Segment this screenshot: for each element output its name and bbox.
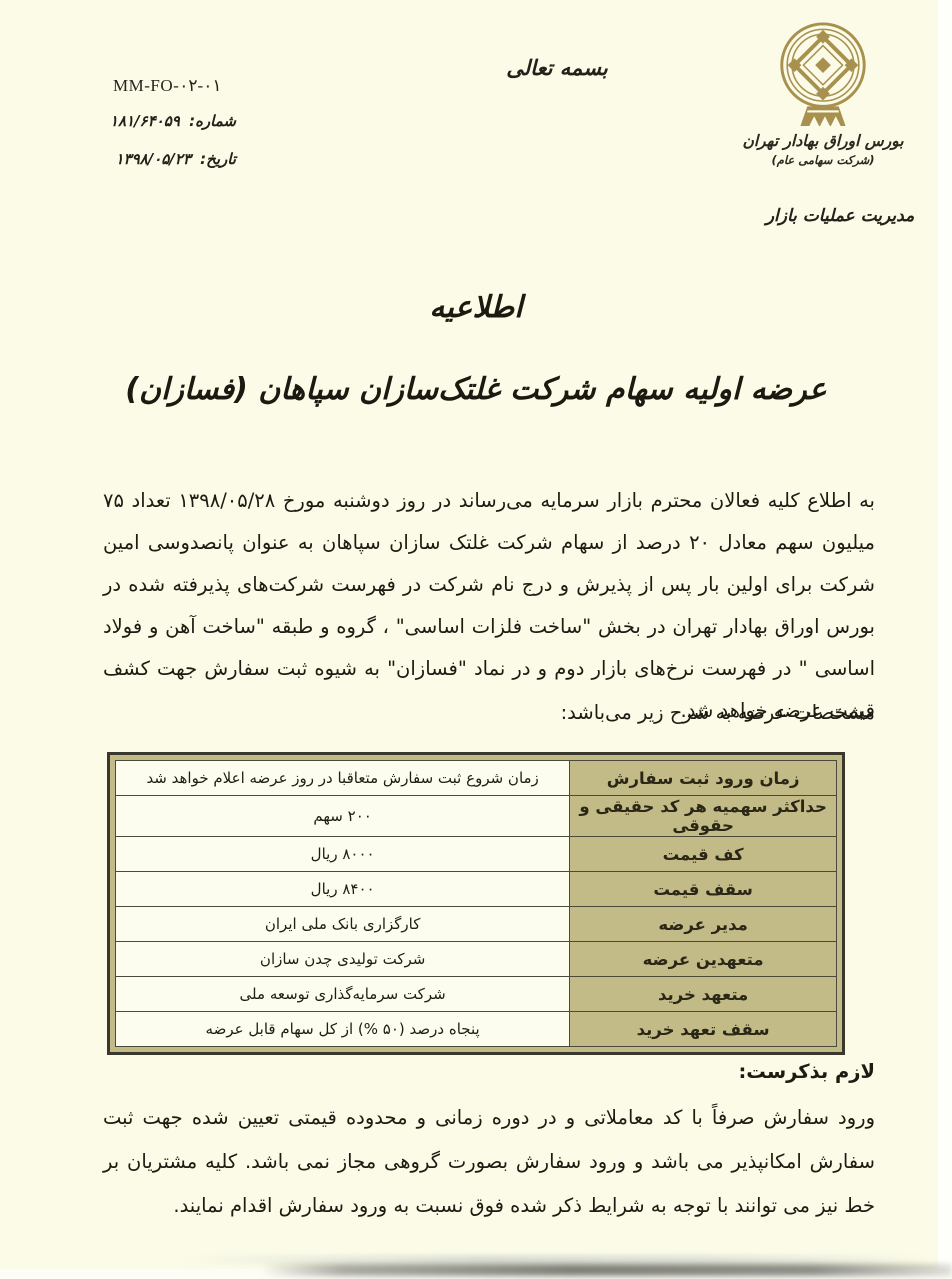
spec-label: کف قیمت: [570, 837, 837, 872]
letter-number-label: شماره:: [189, 112, 236, 130]
spec-label: متعهد خرید: [570, 977, 837, 1012]
table-row: کف قیمت ۸۰۰۰ ریال: [116, 837, 837, 872]
notes-paragraph: ورود سفارش صرفاً با کد معاملاتی و در دور…: [103, 1096, 875, 1228]
table-row: زمان ورود ثبت سفارش زمان شروع ثبت سفارش …: [116, 761, 837, 796]
spec-value: ۸۰۰۰ ریال: [116, 837, 570, 872]
notice-title: اطلاعیه: [0, 290, 952, 325]
offering-specs-table: زمان ورود ثبت سفارش زمان شروع ثبت سفارش …: [107, 752, 845, 1055]
scanned-letter-page: MM-FO-۰۲-۰۱ شماره: ۱۸۱/۶۴۰۵۹ تاریخ: ۱۳۹۸…: [0, 0, 952, 1279]
table-row: حداکثر سهمیه هر کد حقیقی و حقوقی ۲۰۰ سهم: [116, 796, 837, 837]
letter-date-label: تاریخ:: [200, 150, 236, 168]
spec-label: سقف قیمت: [570, 872, 837, 907]
table-row: سقف تعهد خرید پنجاه درصد (۵۰ %) از کل سه…: [116, 1012, 837, 1047]
org-subtitle: (شرکت سهامی عام): [732, 153, 914, 167]
table-row: متعهد خرید شرکت سرمایه‌گذاری توسعه ملی: [116, 977, 837, 1012]
spec-label: متعهدین عرضه: [570, 942, 837, 977]
form-code: MM-FO-۰۲-۰۱: [113, 76, 221, 96]
letter-date: تاریخ: ۱۳۹۸/۰۵/۲۳: [115, 150, 236, 168]
table-row: سقف قیمت ۸۴۰۰ ریال: [116, 872, 837, 907]
spec-value: شرکت تولیدی چدن سازان: [116, 942, 570, 977]
spec-label: سقف تعهد خرید: [570, 1012, 837, 1047]
tse-logo-block: بورس اوراق بهادار تهران (شرکت سهامی عام): [732, 22, 914, 167]
page-edge-strip: [938, 0, 952, 1279]
notice-subtitle: عرضه اولیه سهام شرکت غلتک‌سازان سپاهان (…: [0, 372, 952, 407]
letter-number-value: ۱۸۱/۶۴۰۵۹: [110, 112, 184, 130]
table-row: مدیر عرضه کارگزاری بانک ملی ایران: [116, 907, 837, 942]
bismillah-calligraphy: بسمه تعالی: [482, 56, 632, 80]
specs-intro: مشخصات عرضه به شرح زیر می‌باشد:: [103, 692, 875, 734]
spec-label: زمان ورود ثبت سفارش: [570, 761, 837, 796]
spec-value: زمان شروع ثبت سفارش متعاقبا در روز عرضه …: [116, 761, 570, 796]
org-name: بورس اوراق بهادار تهران: [732, 132, 914, 150]
spec-value: پنجاه درصد (۵۰ %) از کل سهام قابل عرضه: [116, 1012, 570, 1047]
letter-date-value: ۱۳۹۸/۰۵/۲۳: [115, 150, 194, 168]
scan-shadow: [260, 1264, 952, 1276]
letter-number: شماره: ۱۸۱/۶۴۰۵۹: [110, 112, 236, 130]
table-row: متعهدین عرضه شرکت تولیدی چدن سازان: [116, 942, 837, 977]
spec-label: مدیر عرضه: [570, 907, 837, 942]
tse-emblem-icon: [732, 22, 914, 128]
spec-value: ۸۴۰۰ ریال: [116, 872, 570, 907]
notes-heading: لازم بذکرست:: [739, 1060, 876, 1083]
spec-value: کارگزاری بانک ملی ایران: [116, 907, 570, 942]
spec-label: حداکثر سهمیه هر کد حقیقی و حقوقی: [570, 796, 837, 837]
department-title: مدیریت عملیات بازار: [750, 206, 930, 226]
spec-value: ۲۰۰ سهم: [116, 796, 570, 837]
spec-value: شرکت سرمایه‌گذاری توسعه ملی: [116, 977, 570, 1012]
